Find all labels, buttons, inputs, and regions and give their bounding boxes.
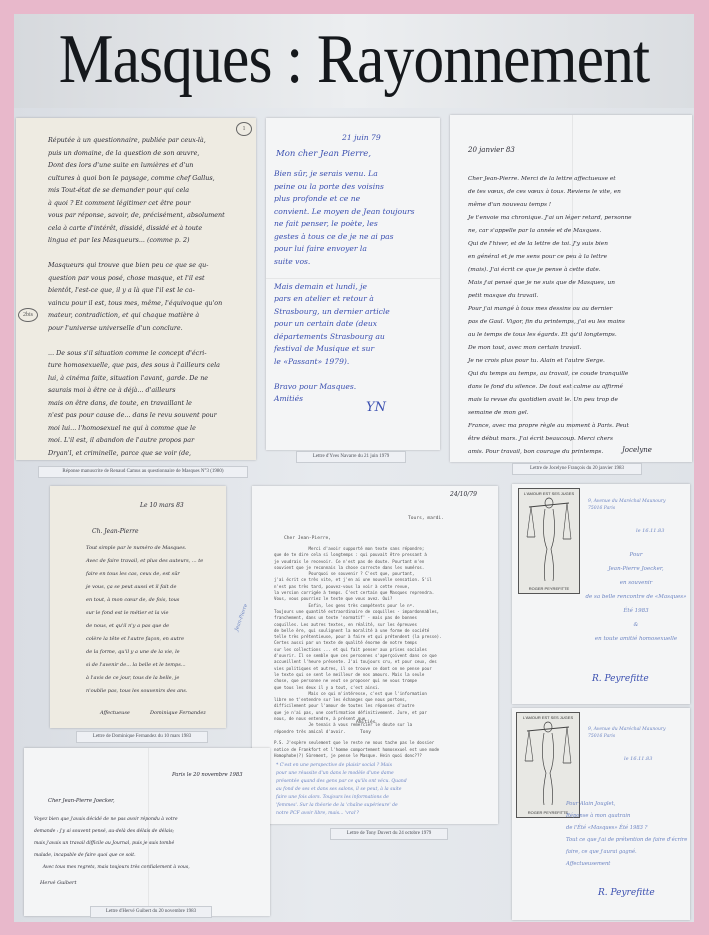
letter-peyrefitte-2: L'AMOUR EST SES JUGES ROGER PEYREFITTE 9…	[512, 708, 690, 920]
letter-date: le 16.11.83	[636, 526, 664, 538]
letter-date: Le 10 mars 83	[140, 500, 184, 512]
letter-text: Bien sûr, je serais venu. La peine ou la…	[274, 168, 436, 406]
letter-closing: Amitiés	[356, 720, 375, 727]
signature: R. Peyrefitte	[598, 888, 655, 898]
margin-annotation: 2bis	[18, 308, 38, 322]
title-banner: Masques : Rayonnement	[14, 14, 694, 108]
letter-fernandez: Le 10 mars 83 Ch. Jean-Pierre Tout simpl…	[50, 486, 226, 728]
letter-date: 21 juin 79	[342, 132, 381, 145]
handwritten-note: * C'est en une perspective de plaisir so…	[276, 762, 496, 818]
letter-peyrefitte-1: L'AMOUR EST SES JUGES ROGER PEYREFITTE 9…	[512, 484, 690, 704]
letter-text: Voyez bien que j'avais décidé de ne pas …	[34, 814, 268, 874]
letter-address: 9, Avenue du Maréchal Maunoury 75016 Par…	[588, 726, 666, 740]
letter-text: Pour Alain Jouglet, Réponse à mon quatra…	[566, 798, 688, 870]
caption-duvert: Lettre de Tony Duvert du 24 octobre 1979	[330, 828, 448, 840]
letter-text: Tout simple par le numéro de Masques. Av…	[86, 542, 222, 698]
letter-guibert: Paris le 20 novembre 1983 Cher Jean-Pier…	[24, 748, 270, 916]
letter-salutation: Cher Jean-Pierre Joecker,	[48, 796, 115, 808]
signature: Dominique Fernandez	[150, 708, 206, 720]
letter-duvert: 24/10/79 Tours, mardi. Cher Jean-Pierre,…	[252, 486, 498, 824]
letter-text: Merci d'avoir supporté mon texte sans ré…	[274, 546, 498, 735]
signature: Tony	[360, 730, 371, 737]
signature: R. Peyrefitte	[592, 674, 649, 684]
letter-place: Tours, mardi.	[408, 516, 444, 523]
signature: Jocelyne	[622, 445, 652, 457]
letter-text: Pour Jean-Pierre Joecker, en souvenir de…	[582, 548, 690, 646]
letter-address: 9, Avenue du Maréchal Maunoury 75016 Par…	[588, 498, 666, 512]
postscript: P.S. J'espère seulement que le reste ne …	[274, 740, 496, 760]
letter-francois: 20 janvier 83 Cher Jean-Pierre. Merci de…	[450, 115, 692, 462]
letter-text: Cher Jean-Pierre. Merci de la lettre aff…	[468, 173, 690, 462]
signature: Hervé Guibert	[40, 878, 76, 890]
signature: YN	[366, 400, 386, 415]
letter-date: Paris le 20 novembre 1983	[172, 770, 243, 782]
balance-figure-icon	[519, 489, 579, 593]
letter-salutation: Ch. Jean-Pierre	[92, 526, 139, 538]
letter-salutation: Cher Jean-Pierre,	[284, 536, 331, 543]
letter-closing: Affectueuse	[100, 708, 130, 720]
caption-guibert: Lettre d'Hervé Guibert du 20 novembre 19…	[90, 906, 212, 918]
letter-date: 20 janvier 83	[468, 145, 515, 157]
bookplate-image: L'AMOUR EST SES JUGES ROGER PEYREFITTE	[518, 488, 580, 594]
letter-navarre: 21 juin 79 Mon cher Jean Pierre, Bien sû…	[266, 118, 440, 450]
exhibit-title: Masques : Rayonnement	[55, 20, 653, 100]
letter-camus: 1 2bis Réputée à un questionnaire, publi…	[16, 118, 256, 460]
caption-francois: Lettre de Jocelyne François du 20 janvie…	[512, 463, 642, 475]
caption-navarre: Lettre d'Yves Navarre du 21 juin 1979	[296, 451, 406, 463]
letter-salutation: Mon cher Jean Pierre,	[276, 148, 371, 161]
letter-date: 24/10/79	[450, 489, 477, 501]
caption-fernandez: Lettre de Dominique Fernandez du 10 mars…	[76, 731, 208, 743]
caption-camus: Réponse manuscrite de Renaud Camus au qu…	[38, 466, 248, 478]
bookplate-caption: ROGER PEYREFITTE	[519, 586, 579, 591]
letter-date: le 16.11.83	[624, 754, 652, 766]
letter-text: Réputée à un questionnaire, publiée par …	[48, 134, 248, 460]
